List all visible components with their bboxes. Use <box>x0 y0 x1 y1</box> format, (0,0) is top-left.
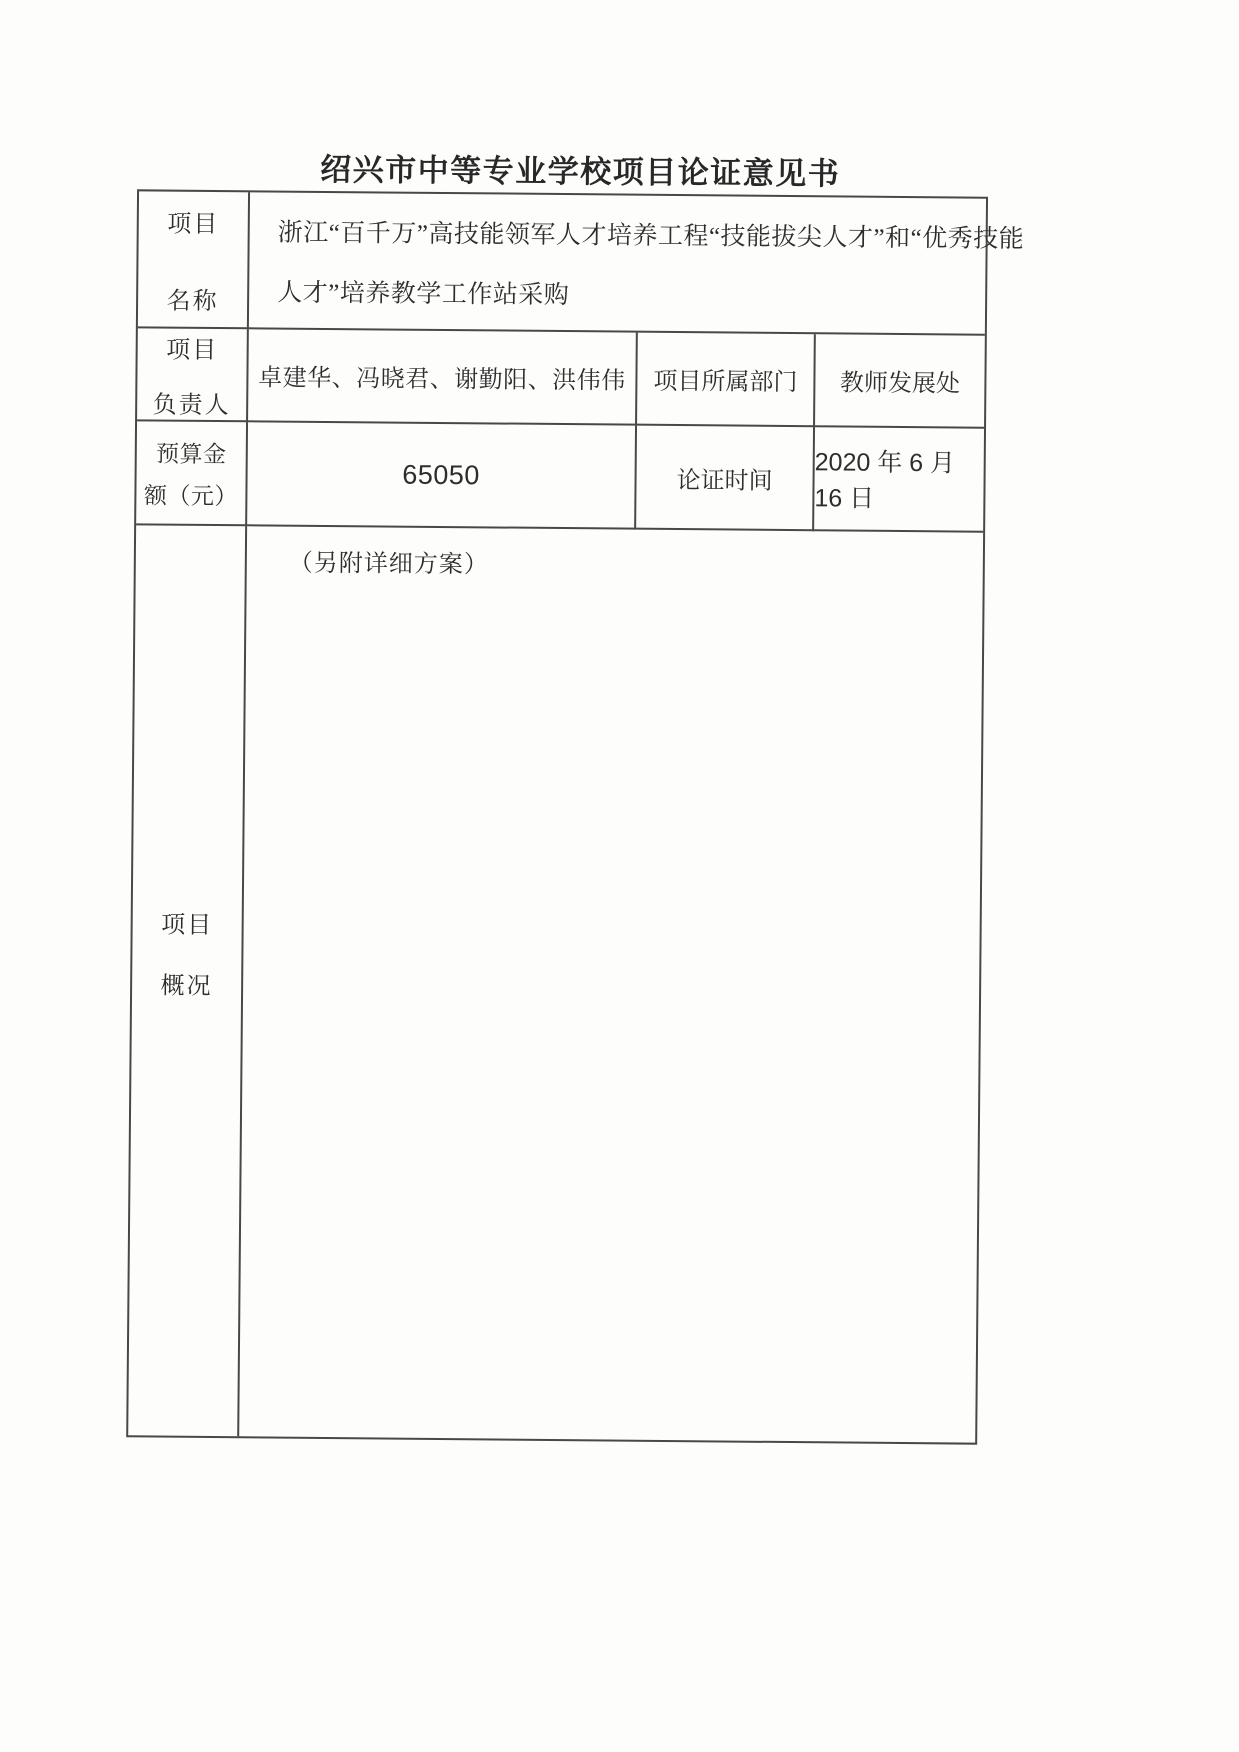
project-name-value-line1: 浙江“百千万”高技能领军人才培养工程“技能拔尖人才”和“优秀技能 <box>277 203 1024 270</box>
document-title: 绍兴市中等专业学校项目论证意见书 <box>0 141 1160 196</box>
overview-value-cell: （另附详细方案） <box>239 526 983 1442</box>
scanned-form: 绍兴市中等专业学校项目论证意见书 项目 名称 浙江“百千万”高技能领军人才培养工… <box>0 0 1239 1752</box>
overview-label-line2: 概况 <box>160 966 212 1001</box>
department-label: 项目所属部门 <box>653 361 797 397</box>
budget-amount: 65050 <box>402 459 480 491</box>
department-label-cell: 项目所属部门 <box>637 333 816 428</box>
project-name-value-cell: 浙江“百千万”高技能领军人才培养工程“技能拔尖人才”和“优秀技能 人才”培养教学… <box>249 192 986 335</box>
project-leader-value-cell: 卓建华、冯晓君、谢勤阳、洪伟伟 <box>248 329 638 425</box>
project-leader-label-line2: 负责人 <box>153 384 231 420</box>
document-page: 绍兴市中等专业学校项目论证意见书 项目 名称 浙江“百千万”高技能领军人才培养工… <box>0 0 1239 1752</box>
department-value-cell: 教师发展处 <box>815 334 985 428</box>
overview-label-line1: 项目 <box>161 905 213 940</box>
project-name-value-line2: 人才”培养教学工作站采购 <box>277 263 570 326</box>
review-time-value: 2020 年 6 月 16 日 <box>814 442 984 515</box>
project-leader-label-line1: 项目 <box>166 329 218 364</box>
review-time-label-cell: 论证时间 <box>636 426 815 532</box>
project-review-form-table: 项目 名称 浙江“百千万”高技能领军人才培养工程“技能拔尖人才”和“优秀技能 人… <box>126 189 988 1444</box>
budget-label-cell: 预算金 额（元） <box>136 421 248 526</box>
project-leader-names: 卓建华、冯晓君、谢勤阳、洪伟伟 <box>258 357 626 395</box>
review-time-value-cell: 2020 年 6 月 16 日 <box>814 427 984 532</box>
project-leader-label-cell: 项目 负责人 <box>137 328 249 422</box>
project-name-label-line1: 项目 <box>167 203 219 238</box>
budget-label-line2: 额（元） <box>144 477 238 511</box>
budget-label-line1: 预算金 <box>156 435 227 469</box>
project-name-label-cell: 项目 名称 <box>138 191 250 329</box>
project-name-label-line2: 名称 <box>166 280 218 315</box>
budget-value-cell: 65050 <box>247 422 637 529</box>
review-time-label: 论证时间 <box>676 460 772 496</box>
department-value: 教师发展处 <box>840 362 960 398</box>
overview-label-cell: 项目 概况 <box>128 525 247 1436</box>
overview-note: （另附详细方案） <box>289 543 489 580</box>
